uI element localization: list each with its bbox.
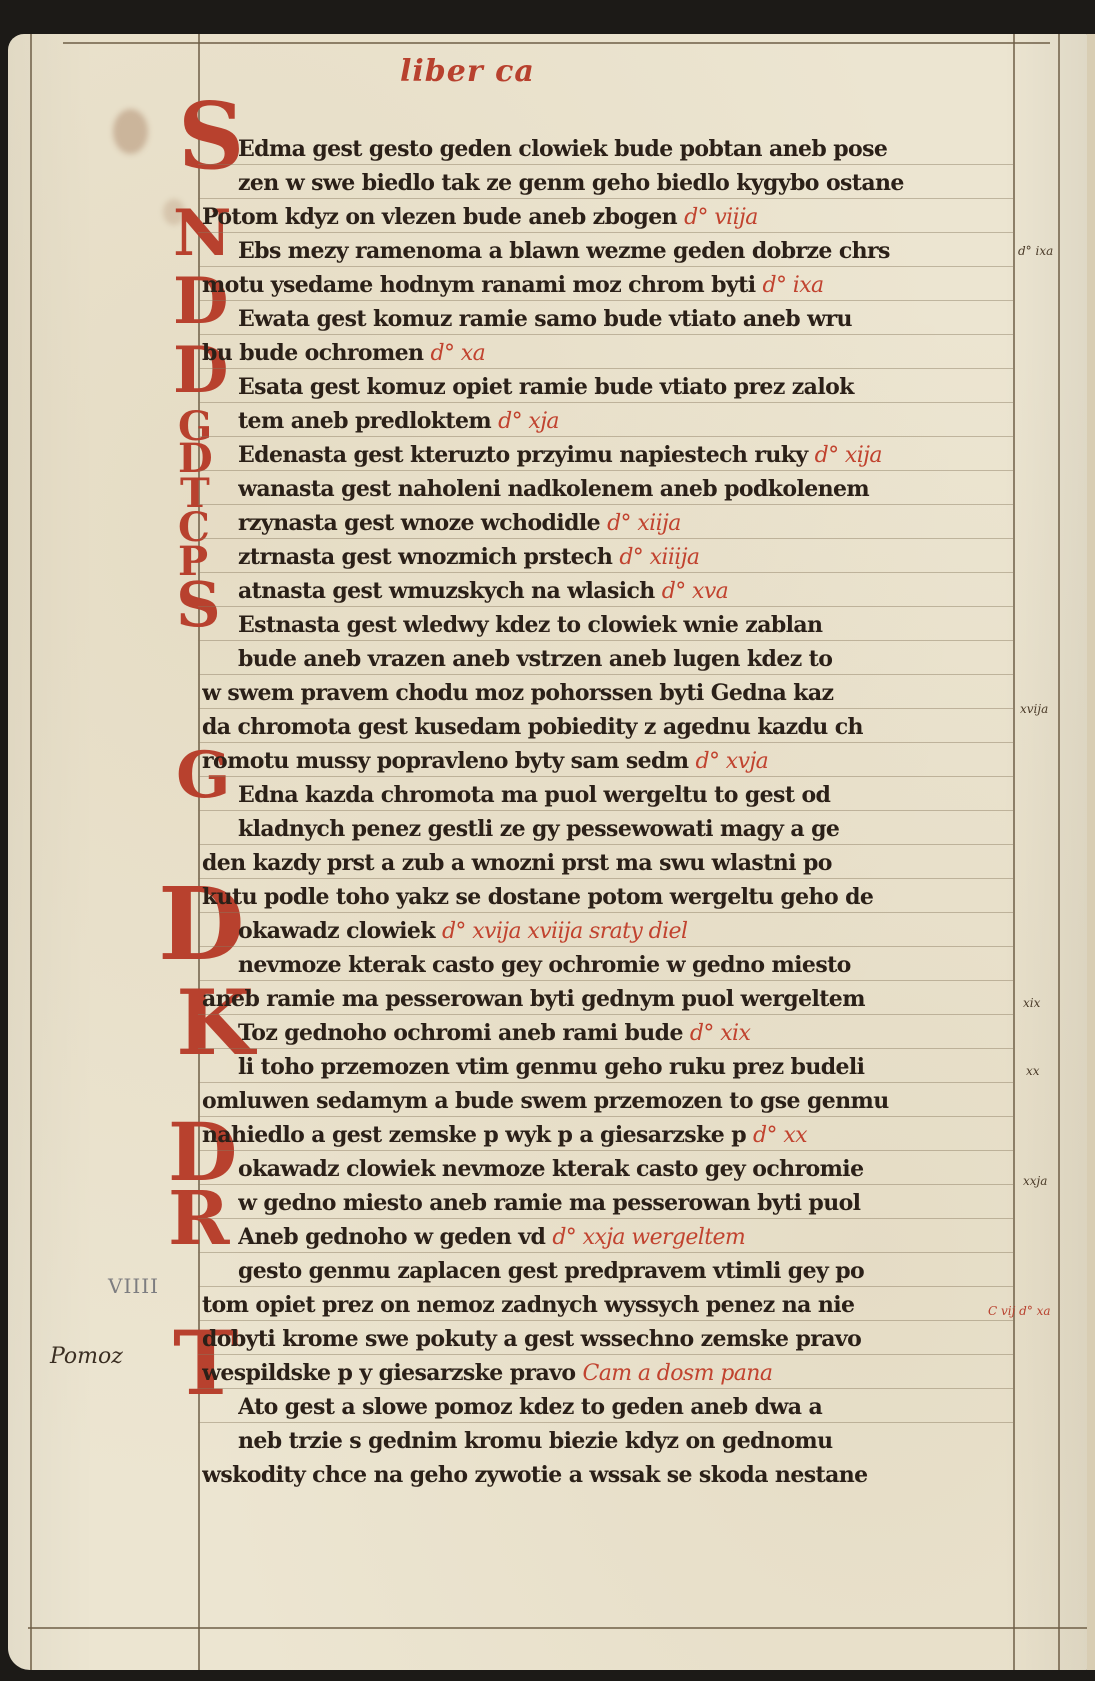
line-ruling xyxy=(198,504,1013,505)
text-line: Toz gednoho ochromi aneb rami bude d° xi… xyxy=(238,1018,1023,1048)
text-line: motu ysedame hodnym ranami moz chrom byt… xyxy=(202,270,1022,300)
line-ruling xyxy=(198,164,1013,165)
initial-R: R xyxy=(168,1182,230,1256)
text-line: okawadz clowiek nevmoze kterak casto gey… xyxy=(238,1154,1023,1184)
text-line: Edenasta gest kteruzto przyimu napiestec… xyxy=(238,440,1023,470)
text-line: omluwen sedamym a bude swem przemozen to… xyxy=(202,1086,1022,1116)
right-margin-note: xx xyxy=(1026,1064,1040,1078)
text-line: wespildske p y giesarzske pravo Cam a do… xyxy=(202,1358,1022,1388)
right-margin-note: xvija xyxy=(1020,702,1048,716)
line-ruling xyxy=(198,1422,1013,1423)
line-ruling xyxy=(198,1184,1013,1185)
text-line: Edna kazda chromota ma puol wergeltu to … xyxy=(238,780,1023,810)
line-ruling xyxy=(198,1218,1013,1219)
text-line: den kazdy prst a zub a wnozni prst ma sw… xyxy=(202,848,1022,878)
line-ruling xyxy=(198,266,1013,267)
line-ruling xyxy=(198,572,1013,573)
text-line: nahiedlo a gest zemske p wyk p a giesarz… xyxy=(202,1120,1022,1150)
top-ruling xyxy=(63,42,1050,44)
line-ruling xyxy=(198,232,1013,233)
text-line: wskodity chce na geho zywotie a wssak se… xyxy=(202,1460,1022,1490)
line-ruling xyxy=(198,470,1013,471)
manuscript-page: liber ca VIIII Pomoz S N D D G D T C P S… xyxy=(8,34,1090,1670)
text-line: tom opiet prez on nemoz zadnych wyssych … xyxy=(202,1290,1022,1320)
text-line: tem aneb predloktem d° xja xyxy=(238,406,1023,436)
text-line: bude aneb vrazen aneb vstrzen aneb lugen… xyxy=(238,644,1023,674)
right-margin-note: d° ixa xyxy=(1018,244,1053,258)
text-line: romotu mussy popravleno byty sam sedm d°… xyxy=(202,746,1022,776)
text-line: Ato gest a slowe pomoz kdez to geden ane… xyxy=(238,1392,1023,1422)
line-ruling xyxy=(198,198,1013,199)
right-margin-note: xix xyxy=(1023,996,1040,1010)
line-ruling xyxy=(198,878,1013,879)
text-line: da chromota gest kusedam pobiedity z age… xyxy=(202,712,1022,742)
line-ruling xyxy=(198,708,1013,709)
line-ruling xyxy=(198,1388,1013,1389)
text-line: neb trzie s gednim kromu biezie kdyz on … xyxy=(238,1426,1023,1456)
text-line: Edma gest gesto geden clowiek bude pobta… xyxy=(238,134,1023,164)
line-ruling xyxy=(198,742,1013,743)
line-ruling xyxy=(198,1320,1013,1321)
line-ruling xyxy=(198,538,1013,539)
line-ruling xyxy=(198,776,1013,777)
text-line: okawadz clowiek d° xvija xviija sraty di… xyxy=(238,916,1023,946)
folio-mark: VIIII xyxy=(108,1274,159,1298)
line-ruling xyxy=(198,436,1013,437)
line-ruling xyxy=(198,1150,1013,1151)
line-ruling xyxy=(198,334,1013,335)
line-ruling xyxy=(198,1082,1013,1083)
line-ruling xyxy=(198,402,1013,403)
text-line: kutu podle toho yakz se dostane potom we… xyxy=(202,882,1022,912)
text-line: Ewata gest komuz ramie samo bude vtiato … xyxy=(238,304,1023,334)
line-ruling xyxy=(198,980,1013,981)
text-line: kladnych penez gestli ze gy pessewowati … xyxy=(238,814,1023,844)
line-ruling xyxy=(198,1048,1013,1049)
right-margin-note: C vij d° xa xyxy=(988,1304,1051,1318)
line-ruling xyxy=(198,810,1013,811)
text-line: wanasta gest naholeni nadkolenem aneb po… xyxy=(238,474,1023,504)
text-line: bu bude ochromen d° xa xyxy=(202,338,1022,368)
line-ruling xyxy=(198,1286,1013,1287)
line-ruling xyxy=(198,844,1013,845)
line-ruling xyxy=(198,300,1013,301)
line-ruling xyxy=(198,912,1013,913)
line-ruling xyxy=(198,640,1013,641)
text-line: Potom kdyz on vlezen bude aneb zbogen d°… xyxy=(202,202,1022,232)
text-line: Estnasta gest wledwy kdez to clowiek wni… xyxy=(238,610,1023,640)
initial-S: S xyxy=(176,574,221,636)
text-line: zen w swe biedlo tak ze genm geho biedlo… xyxy=(238,168,1023,198)
line-ruling xyxy=(198,674,1013,675)
stain xyxy=(113,109,148,154)
line-ruling xyxy=(198,606,1013,607)
text-line: Ebs mezy ramenoma a blawn wezme geden do… xyxy=(238,236,1023,266)
text-line: aneb ramie ma pesserowan byti gednym puo… xyxy=(202,984,1022,1014)
line-ruling xyxy=(198,946,1013,947)
text-line: Esata gest komuz opiet ramie bude vtiato… xyxy=(238,372,1023,402)
text-line: atnasta gest wmuzskych na wlasich d° xva xyxy=(238,576,1023,606)
text-line: ztrnasta gest wnozmich prstech d° xiiija xyxy=(238,542,1023,572)
text-line: rzynasta gest wnoze wchodidle d° xiija xyxy=(238,508,1023,538)
text-line: w swem pravem chodu moz pohorssen byti G… xyxy=(202,678,1022,708)
margin-note-pomoz: Pomoz xyxy=(50,1344,123,1369)
right-margin-note: xxja xyxy=(1023,1174,1047,1188)
line-ruling xyxy=(198,1116,1013,1117)
bottom-ruling xyxy=(28,1627,1090,1629)
line-ruling xyxy=(198,368,1013,369)
text-line: Aneb gednoho w geden vd d° xxja wergelte… xyxy=(238,1222,1023,1252)
next-page-edge xyxy=(1087,34,1095,1670)
text-line: nevmoze kterak casto gey ochromie w gedn… xyxy=(238,950,1023,980)
outer-left-ruling xyxy=(30,34,32,1670)
text-line: w gedno miesto aneb ramie ma pesserowan … xyxy=(238,1188,1023,1218)
text-line: dobyti krome swe pokuty a gest wssechno … xyxy=(202,1324,1022,1354)
line-ruling xyxy=(198,1014,1013,1015)
text-line: gesto genmu zaplacen gest predpravem vti… xyxy=(238,1256,1023,1286)
initial-S: S xyxy=(178,90,244,182)
text-line: li toho przemozen vtim genmu geho ruku p… xyxy=(238,1052,1023,1082)
line-ruling xyxy=(198,1252,1013,1253)
outer-right-ruling xyxy=(1058,34,1060,1670)
line-ruling xyxy=(198,1354,1013,1355)
running-header: liber ca xyxy=(400,54,535,89)
